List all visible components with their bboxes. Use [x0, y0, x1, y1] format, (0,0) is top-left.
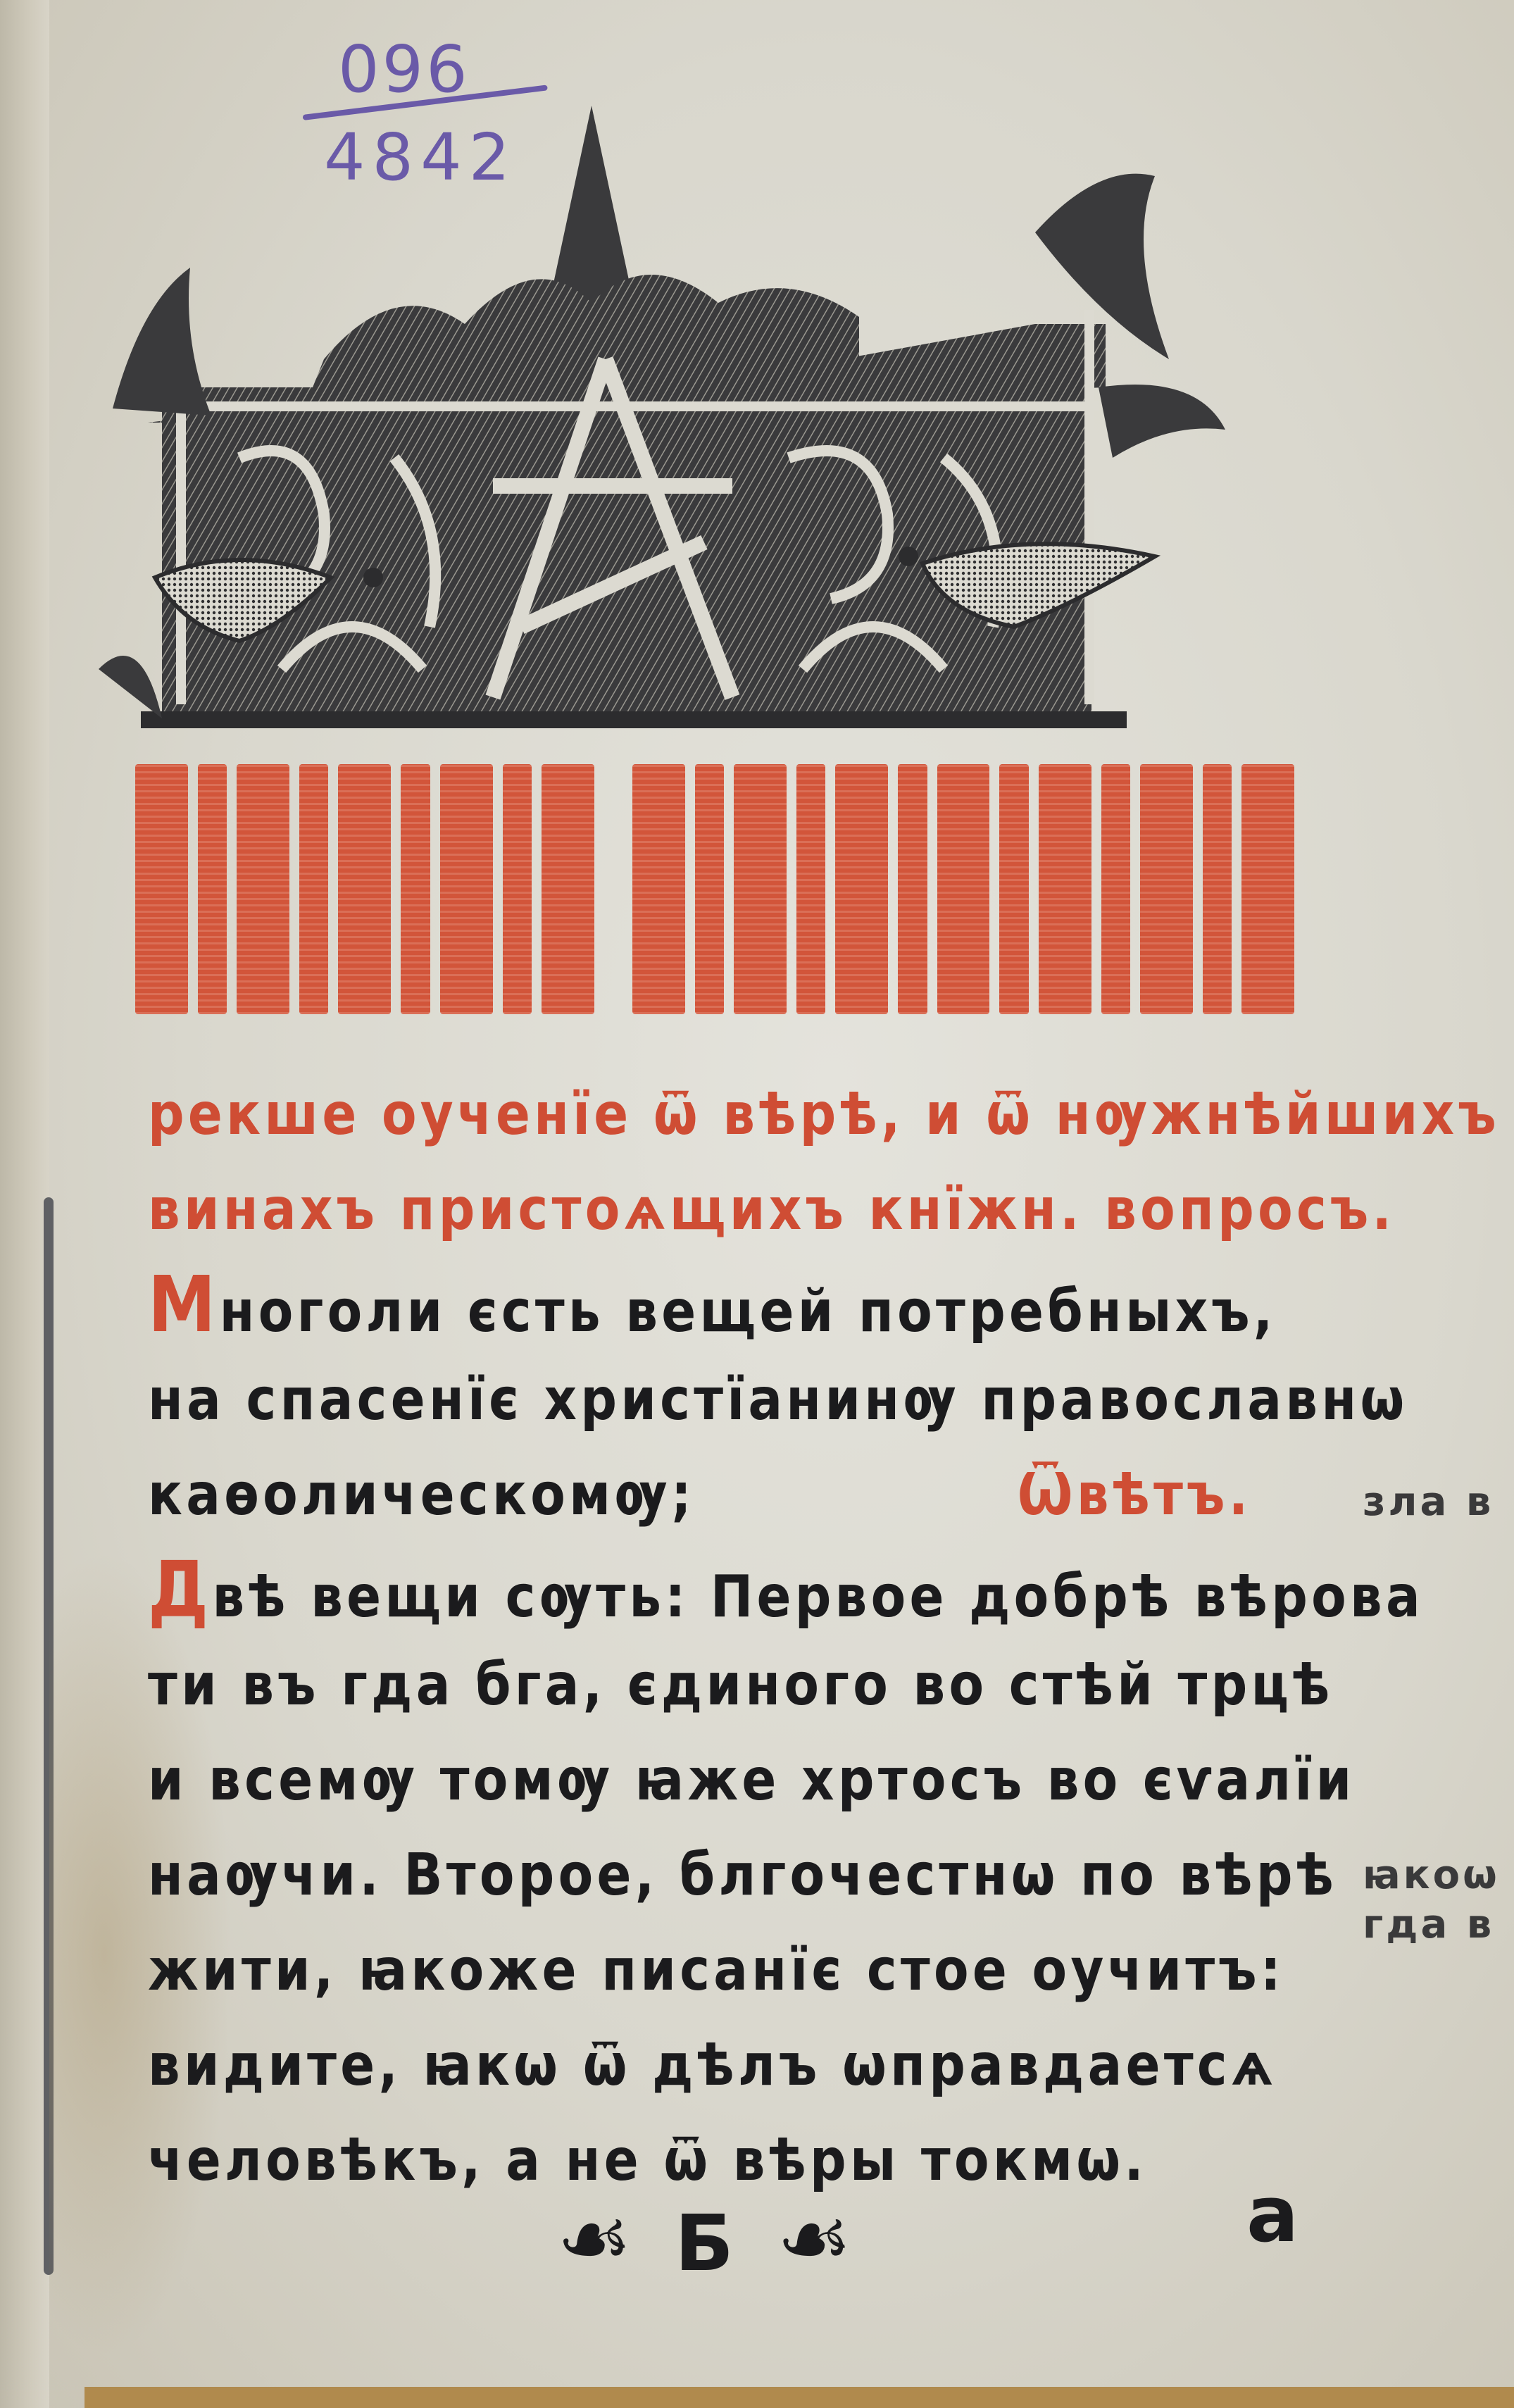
- text-line: на спасенїє христїанинѹ православнѡ: [148, 1352, 1164, 1447]
- page-bottom-edge: [85, 2387, 1514, 2408]
- text-line: жити, ꙗкоже писанїє стое оучитъ:: [148, 1923, 1164, 2018]
- question-line: Многоли єсть вещей потребныхъ,: [148, 1257, 1164, 1352]
- fleuron-icon: ☙: [556, 2197, 632, 2282]
- facing-page-fragment: ꙗкоѡ: [1363, 1852, 1500, 1898]
- text-line-with-answer: каѳолическомѹ;Ѿвѣтъ.: [148, 1447, 1164, 1542]
- rubric-line-1: рекше оученїе ѿ вѣрѣ, и ѿ нѹжнѣйшихъ: [148, 1067, 1164, 1162]
- red-initial-m: М: [148, 1259, 220, 1349]
- page-gutter: [0, 0, 49, 2408]
- answer-line: Двѣ вещи сѹть: Первое добрѣ вѣрова: [148, 1542, 1164, 1637]
- catchword: а: [1246, 2169, 1299, 2259]
- signature-mark: ☙ Б ☙: [556, 2155, 852, 2282]
- signature-letter: Б: [675, 2204, 734, 2282]
- text-line: и всемѹ томѹ ꙗже хртосъ во єѵалїи: [148, 1733, 1164, 1828]
- woodcut-headpiece: [99, 92, 1338, 732]
- text-block: рекше оученїе ѿ вѣрѣ, и ѿ нѹжнѣйшихъ вин…: [148, 1067, 1303, 2208]
- book-page: 096 4842: [0, 0, 1514, 2408]
- facing-page-fragment: зла в: [1363, 1479, 1494, 1525]
- text-line: ти въ гда бга, єдиного во стѣй трцѣ: [148, 1637, 1164, 1733]
- red-initial-d: Д: [148, 1545, 212, 1635]
- fleuron-icon: ☙: [776, 2197, 852, 2282]
- facing-page-fragment: гда в: [1363, 1902, 1494, 1947]
- text-line: наѹчи. Второе, блгочестнѡ по вѣрѣ: [148, 1828, 1164, 1923]
- answer-rubric: Ѿвѣтъ.: [1018, 1461, 1252, 1528]
- ornament-icon: [99, 92, 1338, 732]
- vyaz-title-text: Книга глаголемая Катихизис: [130, 764, 1299, 1014]
- text-line: видите, ꙗкѡ ѿ дѣлъ ѡправдаетсѧ: [148, 2018, 1164, 2113]
- rubric-line-2: винахъ пристоѧщихъ кнїжн. вопросъ.: [148, 1162, 1164, 1257]
